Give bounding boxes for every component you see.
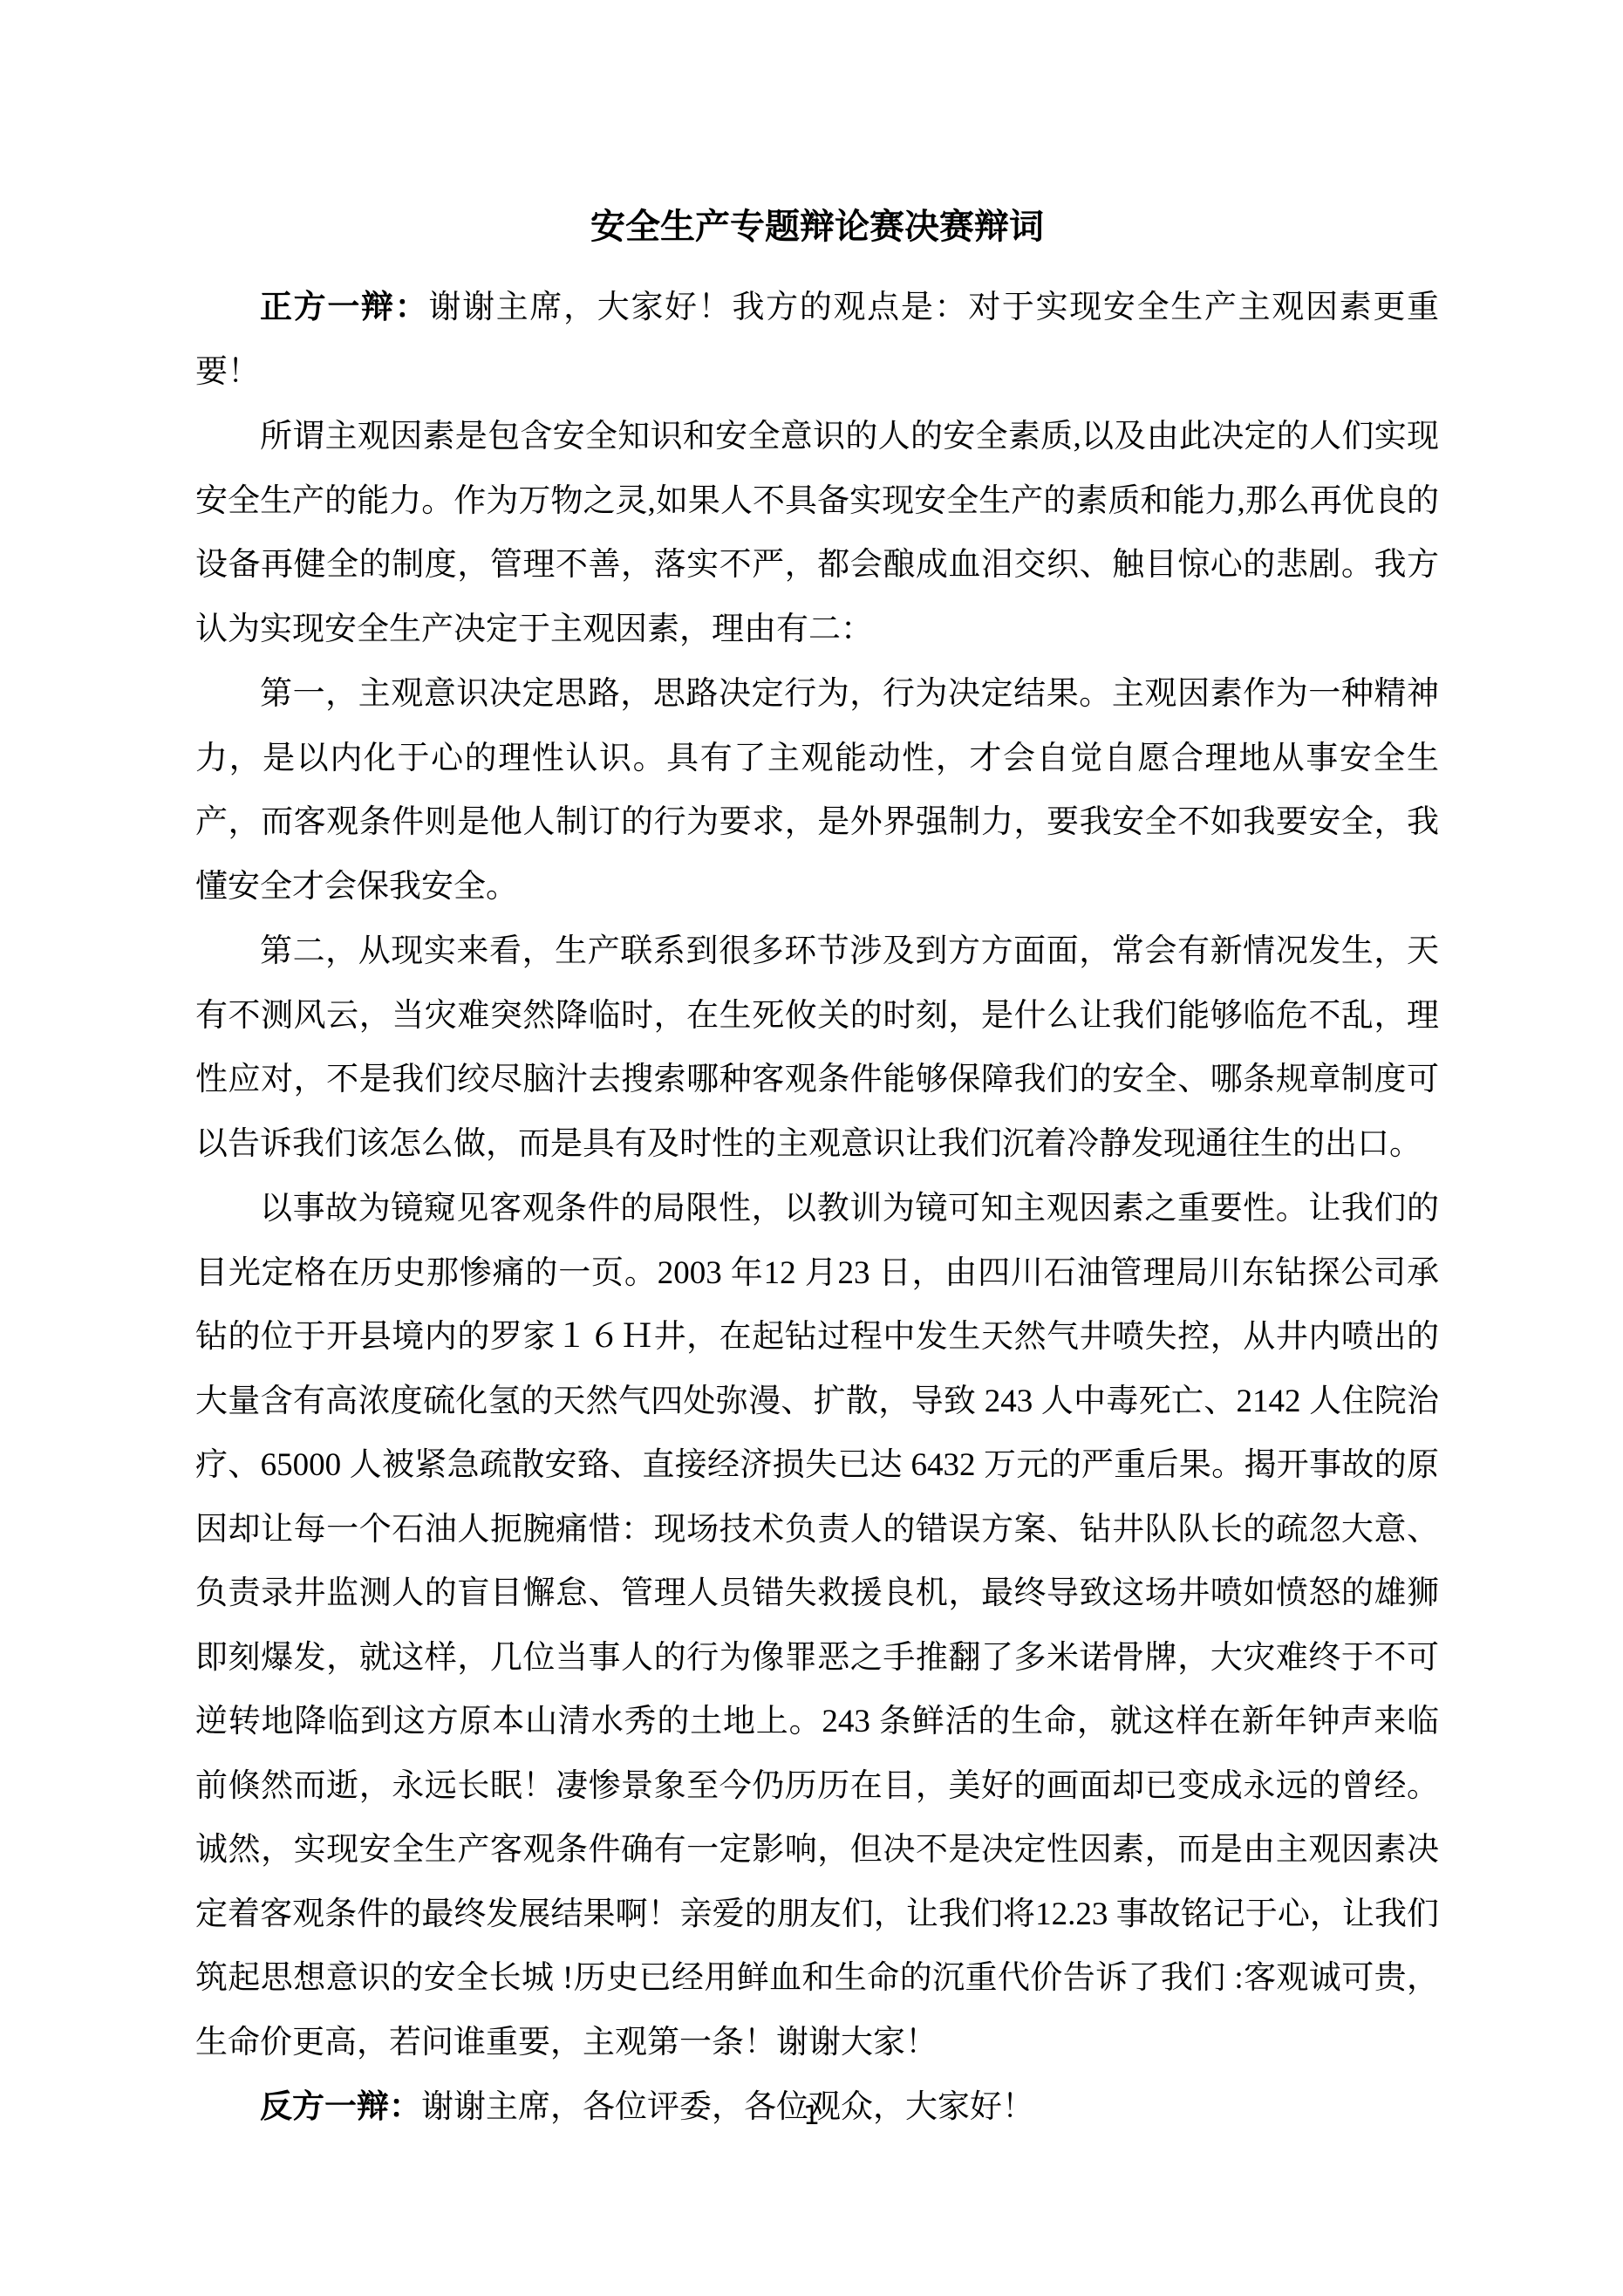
paragraph: 所谓主观因素是包含安全知识和安全意识的人的安全素质,以及由此决定的人们实现安全生…: [195, 404, 1439, 661]
paragraph-text: 所谓主观因素是包含安全知识和安全意识的人的安全素质,以及由此决定的人们实现安全生…: [195, 419, 1439, 647]
paragraph: 第一，主观意识决定思路，思路决定行为，行为决定结果。主观因素作为一种精神力，是以…: [195, 661, 1439, 919]
paragraph-text: 以事故为镜窥见客观条件的局限性，以教训为镜可知主观因素之重要性。让我们的目光定格…: [195, 1191, 1439, 2060]
paragraph: 正方一辩：谢谢主席，大家好！我方的观点是：对于实现安全生产主观因素更重要！: [195, 275, 1439, 404]
page-number: 1: [0, 2101, 1623, 2132]
paragraph-text: 第二，从现实来看，生产联系到很多环节涉及到方方面面，常会有新情况发生，天有不测风…: [195, 933, 1439, 1162]
document-title: 安全生产专题辩论赛决赛辩词: [195, 206, 1439, 248]
paragraph-text: 第一，主观意识决定思路，思路决定行为，行为决定结果。主观因素作为一种精神力，是以…: [195, 676, 1439, 905]
document-page: 安全生产专题辩论赛决赛辩词 正方一辩：谢谢主席，大家好！我方的观点是：对于实现安…: [0, 0, 1623, 2296]
paragraph: 第二，从现实来看，生产联系到很多环节涉及到方方面面，常会有新情况发生，天有不测风…: [195, 919, 1439, 1176]
speaker-label: 正方一辩：: [260, 288, 428, 325]
paragraph: 以事故为镜窥见客观条件的局限性，以教训为镜可知主观因素之重要性。让我们的目光定格…: [195, 1176, 1439, 2074]
